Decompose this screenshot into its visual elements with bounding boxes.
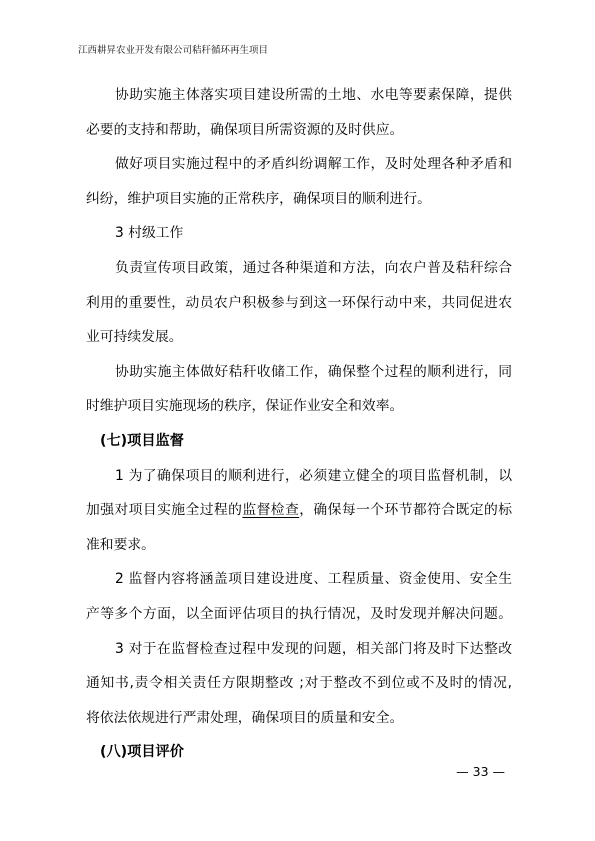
text-line: 3 村级工作	[86, 216, 512, 251]
text-line: 协助实施主体落实项目建设所需的土地、水电等要素保障，提供	[86, 78, 512, 113]
text-line: 通知书,责令相关责任方限期整改 ;对于整改不到位或不及时的情况,	[86, 666, 512, 701]
text-segment: (八)项目评价	[100, 744, 184, 760]
section-heading: (七)项目监督	[86, 424, 512, 459]
text-line: 协助实施主体做好秸秆收储工作，确保整个过程的顺利进行，同	[86, 355, 512, 390]
text-segment: 负责宣传项目政策，通过各种渠道和方法，向农户普及秸秆综合	[115, 260, 512, 276]
text-line: 1 为了确保项目的顺利进行，必须建立健全的项目监督机制，以	[86, 459, 512, 494]
text-segment: 利用的重要性，动员农户积极参与到这一环保行动中来，共同促进农	[86, 295, 512, 311]
text-line: 产等多个方面，以全面评估项目的执行情况，及时发现并解决问题。	[86, 597, 512, 632]
page-header-title: 江西耕昇农业开发有限公司秸秆循环再生项目	[78, 42, 268, 56]
text-line: 负责宣传项目政策，通过各种渠道和方法，向农户普及秸秆综合	[86, 251, 512, 286]
text-line: 利用的重要性，动员农户积极参与到这一环保行动中来，共同促进农	[86, 286, 512, 321]
page-number: — 33 —	[0, 764, 505, 779]
text-segment: 纠纷，维护项目实施的正常秩序，确保项目的顺利进行。	[86, 191, 431, 207]
text-line: 3 对于在监督检查过程中发现的问题，相关部门将及时下达整改	[86, 632, 512, 667]
text-line: 纠纷，维护项目实施的正常秩序，确保项目的顺利进行。	[86, 182, 512, 217]
text-segment: 做好项目实施过程中的矛盾纠纷调解工作，及时处理各种矛盾和	[115, 156, 512, 172]
text-segment: 协助实施主体落实项目建设所需的土地、水电等要素保障，提供	[115, 87, 512, 103]
text-segment: 3 村级工作	[115, 225, 183, 241]
text-line: 必要的支持和帮助，确保项目所需资源的及时供应。	[86, 113, 512, 148]
text-line: 时维护项目实施现场的秩序，保证作业安全和效率。	[86, 389, 512, 424]
text-segment: 通知书,责令相关责任方限期整改 ;对于整改不到位或不及时的情况,	[86, 675, 512, 691]
text-segment: 将依法依规进行严肃处理，确保项目的质量和安全。	[86, 710, 403, 726]
text-segment: 必要的支持和帮助，确保项目所需资源的及时供应。	[86, 122, 403, 138]
text-line: 业可持续发展。	[86, 320, 512, 355]
text-segment: 产等多个方面，以全面评估项目的执行情况，及时发现并解决问题。	[86, 606, 512, 622]
text-segment: 协助实施主体做好秸秆收储工作，确保整个过程的顺利进行，同	[115, 364, 512, 380]
text-segment: ，确保每一个环节都符合既定的标	[299, 502, 512, 518]
text-segment: 2 监督内容将涵盖项目建设进度、工程质量、资金使用、安全生	[115, 571, 512, 587]
text-segment: 准和要求。	[86, 537, 155, 553]
text-segment: 业可持续发展。	[86, 329, 183, 345]
text-segment: 时维护项目实施现场的秩序，保证作业安全和效率。	[86, 398, 403, 414]
text-segment: 1 为了确保项目的顺利进行，必须建立健全的项目监督机制，以	[115, 468, 512, 484]
underlined-text: 监督检查	[242, 502, 299, 518]
document-body: 协助实施主体落实项目建设所需的土地、水电等要素保障，提供必要的支持和帮助，确保项…	[86, 78, 512, 770]
text-line: 将依法依规进行严肃处理，确保项目的质量和安全。	[86, 701, 512, 736]
text-line: 2 监督内容将涵盖项目建设进度、工程质量、资金使用、安全生	[86, 562, 512, 597]
text-line: 准和要求。	[86, 528, 512, 563]
text-segment: 3 对于在监督检查过程中发现的问题，相关部门将及时下达整改	[115, 641, 512, 657]
text-line: 加强对项目实施全过程的监督检查，确保每一个环节都符合既定的标	[86, 493, 512, 528]
document-page: 江西耕昇农业开发有限公司秸秆循环再生项目 协助实施主体落实项目建设所需的土地、水…	[0, 0, 595, 841]
text-line: 做好项目实施过程中的矛盾纠纷调解工作，及时处理各种矛盾和	[86, 147, 512, 182]
text-segment: (七)项目监督	[100, 433, 184, 449]
text-segment: 加强对项目实施全过程的	[86, 502, 242, 518]
